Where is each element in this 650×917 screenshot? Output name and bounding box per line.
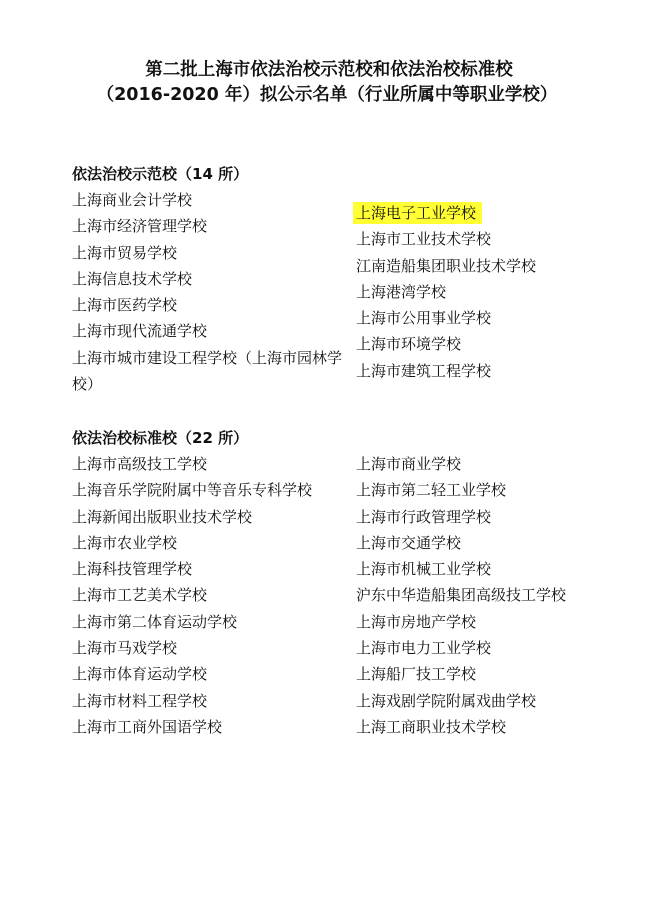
list-item: 上海市商业学校 bbox=[356, 451, 616, 477]
standard-schools-right-column: 上海市商业学校 上海市第二轻工业学校 上海市行政管理学校 上海市交通学校 上海市… bbox=[356, 451, 616, 740]
list-item: 上海市电力工业学校 bbox=[356, 635, 616, 661]
list-item: 上海工商职业技术学校 bbox=[356, 714, 616, 740]
list-item: 上海音乐学院附属中等音乐专科学校 bbox=[72, 477, 352, 503]
model-schools-left-column: 上海商业会计学校 上海市经济管理学校 上海市贸易学校 上海信息技术学校 上海市医… bbox=[72, 187, 352, 397]
list-item: 上海市现代流通学校 bbox=[72, 318, 352, 344]
list-item: 上海市体育运动学校 bbox=[72, 661, 352, 687]
list-item: 上海市工艺美术学校 bbox=[72, 582, 352, 608]
list-item: 上海市高级技工学校 bbox=[72, 451, 352, 477]
list-item: 上海市房地产学校 bbox=[356, 609, 616, 635]
document-title-line-2: （2016-2020 年）拟公示名单（行业所属中等职业学校） bbox=[2, 82, 650, 108]
list-item: 上海市医药学校 bbox=[72, 292, 352, 318]
list-item: 上海信息技术学校 bbox=[72, 266, 352, 292]
list-item: 上海市贸易学校 bbox=[72, 240, 352, 266]
section-heading-standard-schools: 依法治校标准校（22 所） bbox=[72, 428, 248, 448]
standard-schools-left-column: 上海市高级技工学校 上海音乐学院附属中等音乐专科学校 上海新闻出版职业技术学校 … bbox=[72, 451, 352, 740]
list-item: 上海市第二体育运动学校 bbox=[72, 609, 352, 635]
list-item: 上海市行政管理学校 bbox=[356, 504, 616, 530]
list-item: 上海科技管理学校 bbox=[72, 556, 352, 582]
list-item: 上海市机械工业学校 bbox=[356, 556, 616, 582]
list-item: 上海市马戏学校 bbox=[72, 635, 352, 661]
list-item: 江南造船集团职业技术学校 bbox=[356, 253, 616, 279]
list-item: 上海市第二轻工业学校 bbox=[356, 477, 616, 503]
list-item: 上海市材料工程学校 bbox=[72, 688, 352, 714]
list-item: 上海市交通学校 bbox=[356, 530, 616, 556]
list-item: 上海新闻出版职业技术学校 bbox=[72, 504, 352, 530]
document-title-line-1: 第二批上海市依法治校示范校和依法治校标准校 bbox=[4, 57, 650, 83]
list-item-highlighted: 上海电子工业学校 bbox=[356, 200, 616, 226]
list-item: 上海市公用事业学校 bbox=[356, 305, 616, 331]
list-item: 上海市农业学校 bbox=[72, 530, 352, 556]
list-item: 上海市建筑工程学校 bbox=[356, 358, 616, 384]
list-item: 上海市环境学校 bbox=[356, 331, 616, 357]
list-item: 上海市工业技术学校 bbox=[356, 226, 616, 252]
list-item: 上海船厂技工学校 bbox=[356, 661, 616, 687]
highlighted-text: 上海电子工业学校 bbox=[353, 202, 482, 224]
list-item: 沪东中华造船集团高级技工学校 bbox=[356, 582, 616, 608]
list-item: 上海商业会计学校 bbox=[72, 187, 352, 213]
list-item: 上海市城市建设工程学校（上海市园林学校） bbox=[72, 345, 348, 398]
list-item: 上海市工商外国语学校 bbox=[72, 714, 352, 740]
model-schools-right-column: 上海电子工业学校 上海市工业技术学校 江南造船集团职业技术学校 上海港湾学校 上… bbox=[356, 200, 616, 384]
section-heading-model-schools: 依法治校示范校（14 所） bbox=[72, 164, 248, 184]
list-item: 上海戏剧学院附属戏曲学校 bbox=[356, 688, 616, 714]
list-item: 上海港湾学校 bbox=[356, 279, 616, 305]
list-item: 上海市经济管理学校 bbox=[72, 213, 352, 239]
